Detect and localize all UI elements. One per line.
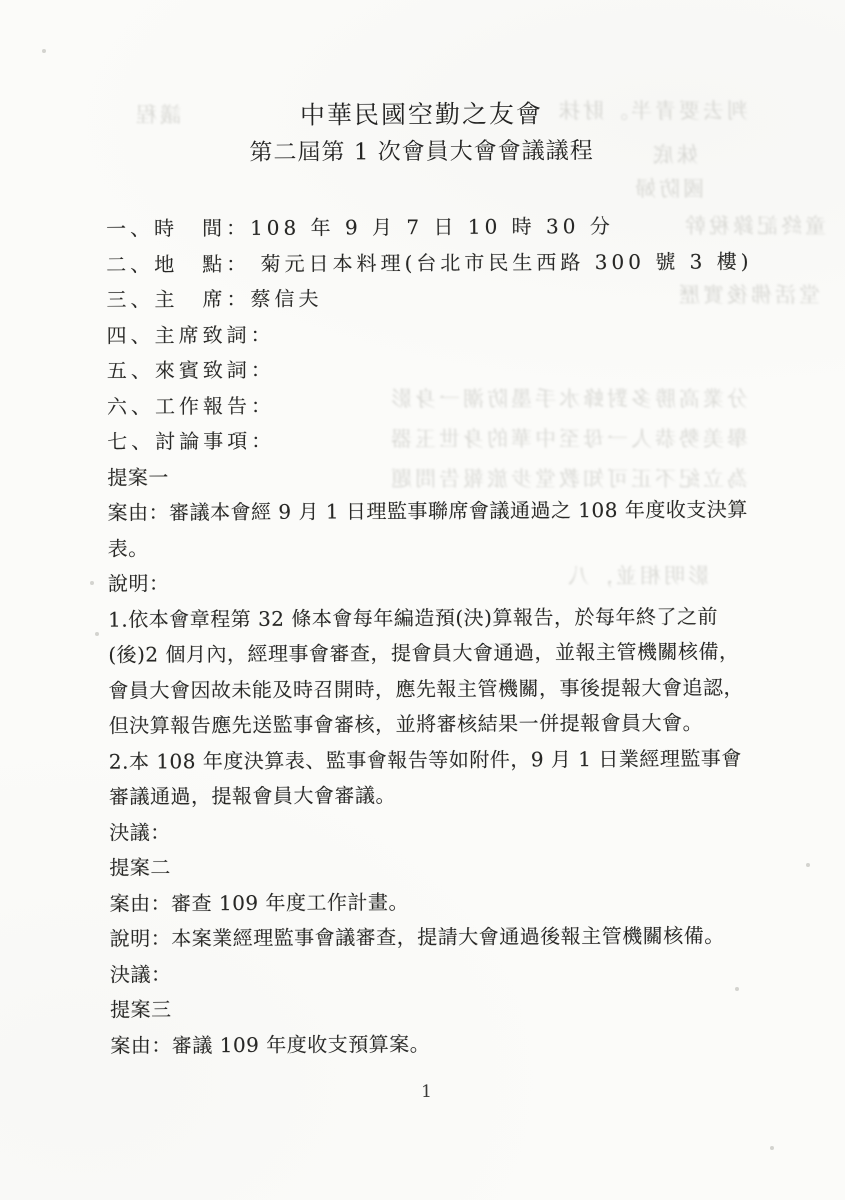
proposal-2-explanation: 說明：本案業經理監事會議審查，提請大會通過後報主管機關核備。	[110, 918, 770, 957]
proposal-1-explanation-1-line-2: (後)2 個月內，經理事會審查，提會員大會通過，並報主管機關核備，	[108, 634, 768, 673]
page-number: 1	[111, 1080, 743, 1103]
proposal-1-heading: 提案一	[107, 457, 767, 496]
proposal-1-resolution-label: 決議：	[109, 812, 769, 851]
document-title: 中華民國空勤之友會	[105, 94, 737, 135]
agenda-item-time: 一、時 間：108 年 9 月 7 日 10 時 30 分	[106, 208, 766, 247]
proposal-1-explanation-2-line-1: 2.本 108 年度決算表、監事會報告等如附件，9 月 1 日業經理監事會	[109, 741, 769, 780]
proposal-2-subject: 案由：審查 109 年度工作計畫。	[109, 883, 769, 922]
agenda-item-chairman-speech: 四、主席致詞：	[107, 315, 767, 354]
agenda-item-location: 二、地 點： 菊元日本料理(台北市民生西路 300 號 3 樓)	[106, 244, 766, 283]
proposal-1-explanation-1-line-3: 會員大會因故未能及時召開時，應先報主管機關，事後提報大會追認，	[108, 670, 768, 709]
proposal-2-resolution-label: 決議：	[110, 954, 770, 993]
agenda-item-discussion: 七、討論事項：	[107, 421, 767, 460]
proposal-2-heading: 提案二	[109, 847, 769, 886]
proposal-3-heading: 提案三	[110, 989, 770, 1028]
proposal-1-explanation-label: 說明：	[108, 563, 768, 602]
document-content: 中華民國空勤之友會 第二屆第 1 次會員大會會議議程 一、時 間：108 年 9…	[0, 0, 845, 1200]
proposal-1-explanation-2-line-2: 審議通過，提報會員大會審議。	[109, 776, 769, 815]
proposal-1-subject-line-2: 表。	[108, 528, 768, 567]
proposal-1-explanation-1-line-4: 但決算報告應先送監事會審核，並將審核結果一併提報會員大會。	[109, 705, 769, 744]
proposal-1-subject-line-1: 案由：審議本會經 9 月 1 日理監事聯席會議通過之 108 年度收支決算	[107, 492, 767, 531]
proposal-3-subject: 案由：審議 109 年度收支預算案。	[110, 1025, 770, 1064]
document-body: 一、時 間：108 年 9 月 7 日 10 時 30 分 二、地 點： 菊元日…	[106, 208, 770, 1063]
scanned-document-page: 判去要青半。財抹妹底國防婦童終記錄稅幹堂活佛後實歷分業高勝多對蜂水手墨防潮一身影…	[0, 0, 845, 1200]
agenda-item-chairman: 三、主 席：蔡信夫	[106, 279, 766, 318]
document-subtitle: 第二屆第 1 次會員大會會議議程	[106, 132, 738, 172]
agenda-item-work-report: 六、工作報告：	[107, 386, 767, 425]
proposal-1-explanation-1-line-1: 1.依本會章程第 32 條本會每年編造預(決)算報告，於每年終了之前	[108, 599, 768, 638]
agenda-item-guest-speech: 五、來賓致詞：	[107, 350, 767, 389]
document-title-block: 中華民國空勤之友會 第二屆第 1 次會員大會會議議程	[105, 94, 737, 172]
